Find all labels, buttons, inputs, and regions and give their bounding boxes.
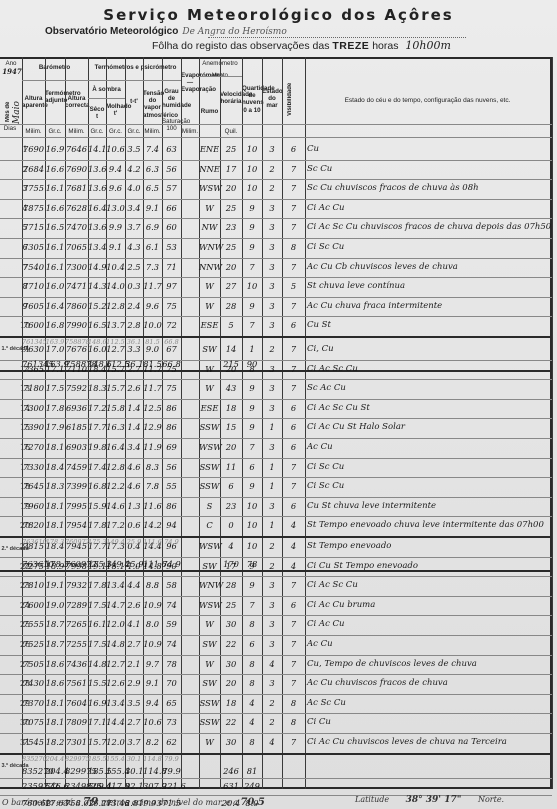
row-rule (0, 778, 552, 779)
cell-diff: 2.6 (125, 383, 143, 393)
row-rule (0, 418, 552, 419)
cell-nuv: 10 (242, 164, 262, 174)
cell-alt_ap: 7600 (22, 320, 45, 330)
cell-hum: 58 (162, 580, 181, 590)
cell-alt_ap: 7875 (22, 203, 45, 213)
cell-mar: 3 (262, 678, 282, 688)
cell-rumo: S (199, 501, 220, 511)
total-tens: 307.9 (143, 781, 162, 791)
sky-remark: Ci, Cu (307, 344, 334, 354)
cell-mar: 2 (262, 561, 282, 571)
decade-molh: 155.4 (106, 766, 125, 776)
cell-vis: 7 (282, 183, 305, 193)
sky-remark: Cu St (307, 320, 331, 330)
cell-vel: 27 (220, 281, 242, 291)
cell-mar: 3 (262, 580, 282, 590)
decade-alt_ap: 763610 (22, 559, 45, 569)
year-value: 1947 (2, 68, 22, 75)
col-evaporometro: Evaporómetro — Evaporação (181, 72, 199, 94)
col-altura-aparente: Altura aparente (22, 95, 45, 109)
cell-rumo: W (199, 301, 220, 311)
observatory-dotted-line (208, 37, 466, 38)
latitude-value: 38° 39' 17" (406, 795, 462, 805)
row-rule (0, 179, 552, 180)
cell-seco: 17.5 (88, 600, 106, 610)
decade-nuv: 78 (242, 559, 262, 569)
cell-seco: 17.5 (88, 639, 106, 649)
cell-alt_ap: 7270 (22, 442, 45, 452)
cell-alt_cor: 7470 (65, 222, 88, 232)
cell-diff: 3.5 (125, 698, 143, 708)
cell-alt_ap: 7645 (22, 481, 45, 491)
cell-rumo: NNW (199, 262, 220, 272)
cell-seco: 13.6 (88, 183, 106, 193)
row-rule (0, 277, 552, 278)
cell-molh: 14.7 (106, 600, 125, 610)
cell-term: 16.4 (45, 301, 65, 311)
cell-alt_cor: 7932 (65, 580, 88, 590)
decade-faint-hum: 66.8 (162, 338, 181, 346)
cell-alt_ap: 7075 (22, 717, 45, 727)
decade-diff: 36.1 (125, 359, 143, 369)
cell-nuv: 9 (242, 301, 262, 311)
cell-nuv: 1 (242, 344, 262, 354)
cell-tens: 11.6 (143, 501, 162, 511)
cell-vis: 7 (282, 737, 305, 747)
sky-remark: Sc Cu chuviscos fracos de chuva às 08h (307, 183, 479, 193)
col-visibilidade: Visibilidade (287, 80, 293, 116)
cell-tens: 10.6 (143, 717, 162, 727)
sky-remark: Ci Sc Cu (307, 481, 344, 491)
cell-term: 18.3 (45, 481, 65, 491)
cell-vis: 7 (282, 639, 305, 649)
cell-vel: 30 (220, 737, 242, 747)
cell-vel: 30 (220, 659, 242, 669)
cell-nuv: 10 (242, 541, 262, 551)
row-rule (0, 379, 552, 380)
total-diff: 92.1 (125, 781, 143, 791)
cell-mar: 3 (262, 600, 282, 610)
cell-vis: 6 (282, 600, 305, 610)
cell-alt_cor: 7255 (65, 639, 88, 649)
cell-molh: 14.6 (106, 501, 125, 511)
decade-faint-tens: 81.5 (143, 338, 162, 346)
cell-tens: 10.9 (143, 600, 162, 610)
cell-rumo: SSW (199, 481, 220, 491)
decade-faint-diff: 30.1 (125, 755, 143, 763)
observation-sheet: Serviço Meteorológico dos Açôres Observa… (0, 0, 557, 809)
cell-alt_cor: 7860 (65, 301, 88, 311)
cell-rumo: NW (199, 222, 220, 232)
cell-vis: 7 (282, 580, 305, 590)
unit-milim: Milim. (65, 128, 88, 135)
cell-vis: 7 (282, 222, 305, 232)
unit-grc: Gr.c. (106, 128, 125, 135)
cell-rumo: WSW (199, 541, 220, 551)
cell-rumo: WNW (199, 242, 220, 252)
row-rule (0, 458, 552, 459)
sky-remark: Ci Ac Sc Cu chuviscos fracos de chuva de… (307, 222, 551, 232)
cell-diff: 4.3 (125, 242, 143, 252)
cell-mar: 2 (262, 183, 282, 193)
col-seco: Sêco t (88, 106, 106, 120)
cell-diff: 2.8 (125, 320, 143, 330)
col-velocidade: Velocidade horária (220, 91, 242, 105)
row-rule (0, 316, 552, 317)
cell-mar: 3 (262, 242, 282, 252)
cell-nuv: 8 (242, 659, 262, 669)
sky-remark: Ac Cu (307, 639, 333, 649)
row-rule (0, 238, 552, 239)
cell-term: 18.7 (45, 619, 65, 629)
cell-hum: 74 (162, 600, 181, 610)
cell-alt_cor: 7954 (65, 520, 88, 530)
column-rule (305, 57, 306, 789)
sky-remark: Ac Cu chuviscos fracos de chuva (307, 678, 448, 688)
cell-nuv: 7 (242, 320, 262, 330)
cell-alt_ap: 7505 (22, 659, 45, 669)
decade-alt_cor: 758878 (65, 359, 88, 369)
cell-nuv: 8 (242, 737, 262, 747)
cell-diff: 3.4 (125, 442, 143, 452)
cell-seco: 13.4 (88, 242, 106, 252)
cell-hum: 60 (162, 222, 181, 232)
total-term: 546.6 (45, 781, 65, 791)
cell-hum: 73 (162, 717, 181, 727)
cell-nuv: 10 (242, 144, 262, 154)
row-rule (0, 557, 552, 558)
cell-molh: 9.6 (106, 183, 125, 193)
header-rule (0, 137, 552, 138)
cell-vel: 15 (220, 422, 242, 432)
cell-molh: 10.6 (106, 144, 125, 154)
cell-hum: 97 (162, 281, 181, 291)
cell-seco: 16.5 (88, 320, 106, 330)
unit-milim: Milim. (143, 128, 162, 135)
cell-vel: 25 (220, 144, 242, 154)
cell-mar: 3 (262, 442, 282, 452)
sky-remark: Ci Ac Cu St Halo Solar (307, 422, 405, 432)
cell-nuv: 9 (242, 242, 262, 252)
cell-diff: 2.5 (125, 262, 143, 272)
cell-seco: 13.6 (88, 222, 106, 232)
cell-nuv: 9 (242, 481, 262, 491)
cell-hum: 62 (162, 737, 181, 747)
column-rule (552, 57, 553, 789)
cell-tens: 7.4 (143, 144, 162, 154)
cell-term: 18.1 (45, 520, 65, 530)
row-rule (0, 160, 552, 161)
header-rule (22, 80, 88, 81)
cell-molh: 15.8 (106, 403, 125, 413)
col-molhado: Molhado t' (106, 103, 125, 117)
cell-alt_cor: 7995 (65, 501, 88, 511)
cell-alt_ap: 7370 (22, 698, 45, 708)
cell-tens: 8.0 (143, 619, 162, 629)
cell-seco: 15.5 (88, 678, 106, 688)
cell-hum: 59 (162, 619, 181, 629)
unit-quil: Quil. (220, 128, 242, 135)
cell-mar: 3 (262, 320, 282, 330)
decade-hum: 74.9 (162, 559, 181, 569)
col-termometros: Termómetros e psicrómetro (88, 64, 183, 71)
decade-seco: 175.3 (88, 559, 106, 569)
row-rule (0, 497, 552, 498)
cell-tens: 8.2 (143, 737, 162, 747)
row-rule (0, 596, 552, 597)
decade-faint-seco: 175.3 (88, 538, 106, 546)
cell-term: 16.0 (45, 281, 65, 291)
cell-hum: 75 (162, 301, 181, 311)
decade-hum: 79.9 (162, 766, 181, 776)
cell-hum: 65 (162, 698, 181, 708)
cell-vis: 7 (282, 344, 305, 354)
cell-alt_cor: 7690 (65, 164, 88, 174)
cell-mar: 1 (262, 422, 282, 432)
cell-alt_cor: 7592 (65, 383, 88, 393)
cell-term: 18.4 (45, 462, 65, 472)
cell-vis: 4 (282, 561, 305, 571)
cell-hum: 74 (162, 639, 181, 649)
decade-faint-term: 204.4 (45, 755, 65, 763)
total-alt_cor: 2349825 (65, 781, 88, 791)
sky-remark: Cu St chuva leve intermitente (307, 501, 436, 511)
cell-hum: 86 (162, 422, 181, 432)
decade-faint-tens: 114.8 (143, 755, 162, 763)
cell-vis: 7 (282, 481, 305, 491)
cell-molh: 14.0 (106, 281, 125, 291)
cell-seco: 17.4 (88, 462, 106, 472)
sky-remark: St Tempo enevoado chuva leve intermitent… (307, 520, 544, 530)
cell-term: 16.1 (45, 242, 65, 252)
cell-mar: 3 (262, 403, 282, 413)
cell-rumo: W (199, 203, 220, 213)
cell-molh: 14.8 (106, 639, 125, 649)
cell-nuv: 10 (242, 520, 262, 530)
cell-diff: 0.3 (125, 281, 143, 291)
cell-mar: 3 (262, 262, 282, 272)
cell-seco: 15.9 (88, 501, 106, 511)
month-value: Maio (12, 84, 22, 124)
cell-vis: 6 (282, 144, 305, 154)
cell-alt_ap: 7820 (22, 520, 45, 530)
cell-mar: 4 (262, 659, 282, 669)
cell-diff: 1.4 (125, 403, 143, 413)
cell-alt_cor: 6185 (65, 422, 88, 432)
cell-nuv: 4 (242, 717, 262, 727)
cell-molh: 10.4 (106, 262, 125, 272)
col-rumo: Rumo (199, 108, 220, 115)
cell-hum: 56 (162, 462, 181, 472)
footer-latitude: Latitude 38° 39' 17" Norte. (355, 795, 504, 805)
cell-molh: 16.3 (106, 422, 125, 432)
cell-vel: 5 (220, 320, 242, 330)
cell-nuv: 10 (242, 501, 262, 511)
cell-nuv: 9 (242, 580, 262, 590)
decade-molh: 149.4 (106, 559, 125, 569)
cell-alt_ap: 7555 (22, 619, 45, 629)
row-rule (0, 615, 552, 616)
cell-tens: 10.9 (143, 639, 162, 649)
cell-mar: 1 (262, 520, 282, 530)
cell-mar: 2 (262, 344, 282, 354)
cell-nuv: 9 (242, 222, 262, 232)
row-rule (0, 674, 552, 675)
cell-tens: 9.4 (143, 698, 162, 708)
cell-molh: 12.7 (106, 659, 125, 669)
cell-nuv: 8 (242, 678, 262, 688)
cell-vel: 20 (220, 262, 242, 272)
cell-tens: 9.7 (143, 659, 162, 669)
decade-faint-alt_cor: 829975 (65, 755, 88, 763)
cell-diff: 3.5 (125, 144, 143, 154)
cell-molh: 9.9 (106, 222, 125, 232)
cell-alt_ap: 7540 (22, 262, 45, 272)
cell-mar: 3 (262, 383, 282, 393)
header-rule (88, 80, 181, 81)
cell-vel: 4 (220, 541, 242, 551)
cell-term: 17.8 (45, 403, 65, 413)
cell-diff: 4.0 (125, 183, 143, 193)
cell-diff: 2.1 (125, 659, 143, 669)
col-saturacao: Saturação 100 (162, 118, 181, 132)
cell-mar: 3 (262, 301, 282, 311)
sky-remark: Ci Cu (307, 717, 331, 727)
decade-tens: 114.8 (143, 766, 162, 776)
unit-grc: Gr.c. (88, 128, 106, 135)
cell-alt_cor: 7300 (65, 262, 88, 272)
cell-vis: 6 (282, 442, 305, 452)
cell-vis: 6 (282, 422, 305, 432)
cell-term: 17.9 (45, 422, 65, 432)
decade-tens: 111.6 (143, 559, 162, 569)
cell-seco: 13.6 (88, 164, 106, 174)
cell-alt_ap: 7330 (22, 462, 45, 472)
row-rule (0, 733, 552, 734)
cell-term: 16.6 (45, 164, 65, 174)
sky-remark: Sc Ac Cu (307, 383, 346, 393)
decade-vel: 170 (220, 559, 242, 569)
cell-vel: 25 (220, 242, 242, 252)
row-rule (0, 576, 552, 577)
sky-remark: Ac Cu (307, 442, 333, 452)
cell-mar: 2 (262, 698, 282, 708)
cell-tens: 8.8 (143, 580, 162, 590)
cell-rumo: SSW (199, 698, 220, 708)
cell-hum: 63 (162, 144, 181, 154)
header-rule (199, 76, 242, 77)
cell-rumo: W (199, 383, 220, 393)
cell-alt_ap: 7605 (22, 301, 45, 311)
cell-seco: 14.8 (88, 659, 106, 669)
cell-hum: 86 (162, 501, 181, 511)
sky-remark: Ci Sc Cu (307, 462, 344, 472)
cell-vel: 28 (220, 301, 242, 311)
decade-faint-diff: 36.1 (125, 338, 143, 346)
decade-seco: 185.5 (88, 766, 106, 776)
sky-remark: Ci Ac Sc Cu (307, 580, 358, 590)
cell-vis: 7 (282, 364, 305, 374)
cell-hum: 94 (162, 520, 181, 530)
cell-term: 18.1 (45, 442, 65, 452)
cell-diff: 1.3 (125, 501, 143, 511)
cell-rumo: SSW (199, 717, 220, 727)
cell-alt_ap: 7305 (22, 242, 45, 252)
cell-mar: 2 (262, 717, 282, 727)
distance-value: 70.5 (240, 797, 264, 808)
cell-diff: 0.6 (125, 520, 143, 530)
cell-tens: 12.5 (143, 403, 162, 413)
cell-seco: 17.2 (88, 403, 106, 413)
cell-hum: 78 (162, 659, 181, 669)
cell-tens: 7.3 (143, 262, 162, 272)
hours-label: horas (372, 40, 398, 52)
cell-molh: 13.4 (106, 580, 125, 590)
cell-seco: 19.8 (88, 442, 106, 452)
cell-vis: 6 (282, 403, 305, 413)
barometer-value: 79 (83, 795, 98, 808)
cell-alt_ap: 7430 (22, 678, 45, 688)
cell-alt_ap: 7180 (22, 383, 45, 393)
cell-rumo: ENE (199, 144, 220, 154)
cell-rumo: W (199, 619, 220, 629)
cell-mar: 3 (262, 144, 282, 154)
cell-diff: 2.6 (125, 600, 143, 610)
decade-diff: 30.1 (125, 766, 143, 776)
total-molh: 417.3 (106, 781, 125, 791)
col-estado-ceu: Estado do céu e do tempo, configuração d… (305, 97, 550, 104)
decade-label: 1.ª década (0, 346, 30, 353)
cell-vel: 20 (220, 678, 242, 688)
cell-rumo: WSW (199, 600, 220, 610)
cell-vel: 18 (220, 403, 242, 413)
sky-remark: Ci Ac Sc Cu (307, 364, 358, 374)
cell-nuv: 10 (242, 183, 262, 193)
cell-alt_cor: 7809 (65, 717, 88, 727)
cell-vel: 23 (220, 501, 242, 511)
hour-handwritten: 10h00m (405, 39, 451, 52)
cell-mar: 1 (262, 481, 282, 491)
cell-seco: 16.1 (88, 619, 106, 629)
cell-vis: 6 (282, 320, 305, 330)
row-rule (0, 516, 552, 517)
cell-alt_cor: 7399 (65, 481, 88, 491)
cell-vel: 6 (220, 481, 242, 491)
observatory-value: De Angra do Heroísmo (182, 27, 286, 37)
cell-alt_ap: 7810 (22, 580, 45, 590)
cell-tens: 11.9 (143, 442, 162, 452)
cell-vel: 20 (220, 183, 242, 193)
sky-remark: Ac Cu chuva fraca intermitente (307, 301, 442, 311)
cell-term: 18.7 (45, 639, 65, 649)
sky-remark: Ci Cu St Tempo enevoado (307, 561, 418, 571)
cell-diff: 3.7 (125, 737, 143, 747)
unit-grc: Gr.c. (125, 128, 143, 135)
cell-vel: 17 (220, 164, 242, 174)
cell-alt_cor: 7265 (65, 619, 88, 629)
decade-nuv: 90 (242, 359, 262, 369)
decade-faint-term: 163.9 (45, 338, 65, 346)
decade-term: 163.9 (45, 359, 65, 369)
barometer-text: O barómetro está a (2, 798, 81, 807)
cell-seco: 17.1 (88, 717, 106, 727)
cell-seco: 17.8 (88, 580, 106, 590)
cell-seco: 14.3 (88, 281, 106, 291)
cell-hum: 72 (162, 320, 181, 330)
cell-vel: 23 (220, 222, 242, 232)
latitude-label: Latitude (355, 795, 389, 804)
cell-alt_cor: 7459 (65, 462, 88, 472)
